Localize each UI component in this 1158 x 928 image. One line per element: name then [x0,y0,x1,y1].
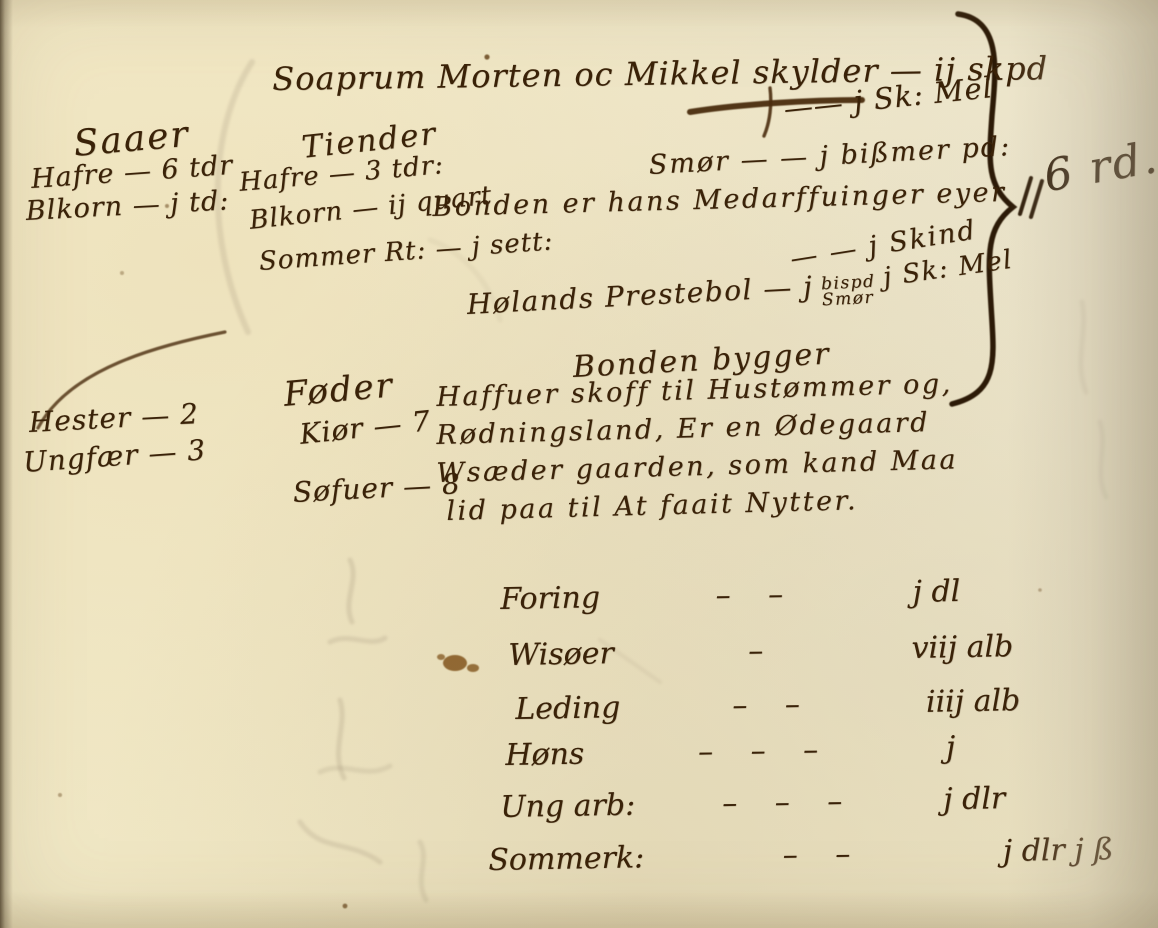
due-value: viij alb [911,629,1013,666]
prestebol-main: Hølands Prestebol — j [466,270,814,321]
ink-blot [437,654,479,672]
due-row-ungarb: Ung arb: – – – j dlr [500,781,1006,825]
due-row-leding: Leding – – iiij alb [515,683,1021,727]
description-line: lid paa til At faait Nytter. [446,485,858,527]
due-label: Sommerk: [488,840,644,878]
due-row-wisoer: Wisøer – viij alb [508,629,1014,673]
due-dashes: – – [644,834,1003,875]
due-value: j [946,730,956,765]
due-label: Wisøer [508,636,614,673]
due-dashes: – [613,631,911,671]
fodder-header: Føder [282,365,395,414]
due-value: j dlr [943,781,1006,817]
summary-value: 6 rd. [1040,132,1158,202]
due-row-foring: Foring – – j dl [500,574,961,617]
prestebol-stack: bispd Smør [821,274,877,309]
due-dashes: – – [600,575,913,615]
description-line: Rødningsland, Er en Ødegaard [436,407,930,451]
due-value: j dl [912,574,960,610]
tithe-row: Sommer Rt: — j sett: [258,226,554,276]
livestock-row: Ungfær — 3 [22,433,207,479]
description-line: Haffuer skoff til Hustømmer og, [436,368,953,413]
tally-stroke [764,88,771,136]
prestebol-stack-bottom: Smør [822,290,877,309]
butter-due-line: Smør — — j bißmer pd: [648,131,1012,181]
due-dashes: – – [620,685,926,725]
due-value: j dlr j ß [1003,832,1114,869]
due-row-hons: Høns – – – j [505,730,956,773]
due-label: Foring [500,580,600,617]
description-line: Wsæder gaarden, som kand Maa [436,444,958,489]
due-label: Høns [505,737,585,773]
prestebol-line: Hølands Prestebol — j bispd Smør j Sk: M… [466,259,1016,333]
due-value: iiij alb [926,683,1021,720]
owner-note-line: Bonden er hans Medarffuinger eyer [432,177,1007,223]
manuscript-page: Soaprum Morten oc Mikkel skylder — ij sk… [0,0,1158,928]
due-label: Ung arb: [500,788,635,825]
due-label: Leding [515,690,621,727]
due-dashes: – – – [635,782,944,822]
livestock-row: Hester — 2 [28,397,200,439]
due-row-sommerk: Sommerk: – – j dlr j ß [488,832,1114,878]
due-dashes: – – – [584,730,946,771]
